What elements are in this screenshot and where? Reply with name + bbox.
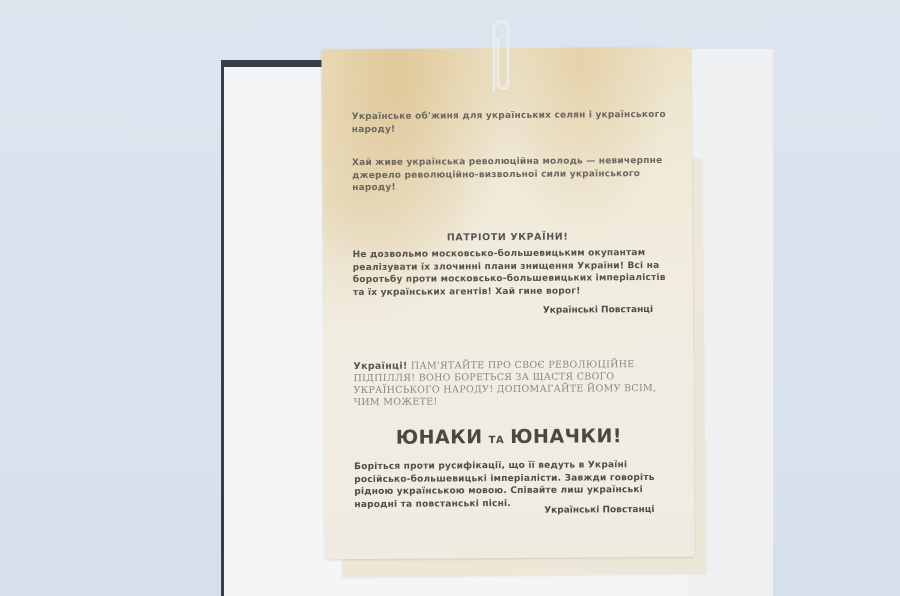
leaflet-paragraph-2: Хай живе українська революційна молодь —…	[352, 155, 672, 195]
leaflet-heading-youth: ЮНАКИТАЮНАЧКИ!	[324, 425, 694, 450]
paperclip-icon	[486, 18, 516, 98]
heading-youth-conj: ТА	[489, 435, 505, 446]
heading-youth-b: ЮНАЧКИ!	[510, 425, 622, 448]
leaflet-paragraph-3: Не дозвольмо московсько-большевицьким ок…	[353, 247, 673, 299]
leaflet-paragraph-4: Українці! ПАМ'ЯТАЙТЕ ПРО СВОЄ РЕВОЛЮЦІЙН…	[353, 359, 673, 409]
heading-youth-a: ЮНАКИ	[396, 426, 483, 449]
leaflet: Українське об'жиня для українських селян…	[321, 47, 695, 560]
leaflet-heading-patriots: ПАТРІОТИ УКРАЇНИ!	[323, 231, 693, 245]
leaflet-paragraph-1: Українське об'жиня для українських селян…	[352, 109, 672, 136]
leaflet-paragraph-5: Боріться проти русифікації, що її ведуть…	[354, 459, 674, 511]
leaflet-signature-1: Українські Повстанці	[543, 305, 653, 316]
leaflet-paragraph-4-lead: Українці!	[353, 361, 407, 372]
leaflet-signature-2: Українські Повстанці	[544, 505, 654, 516]
